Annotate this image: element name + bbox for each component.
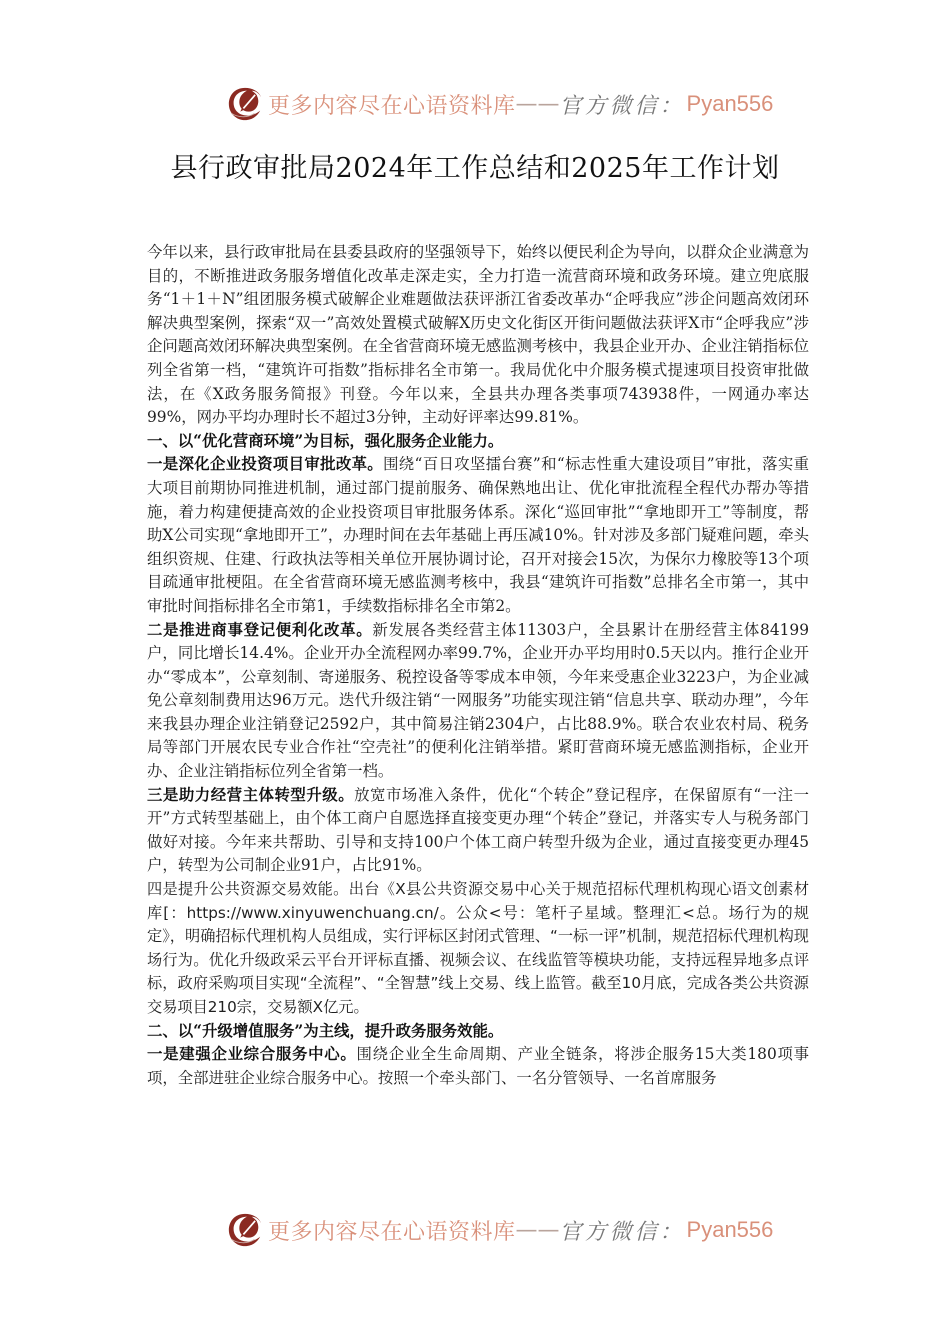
watermark-wechat-label: 官方微信： [560, 89, 685, 120]
paragraph-text: 新发展各类经营主体11303户，全县累计在册经营主体84199户，同比增长14.… [147, 621, 809, 781]
paragraph-text: 围绕“百日攻坚擂台赛”和“标志性重大建设项目”审批，落实重大项目前期协同推进机制… [147, 455, 809, 615]
watermark-main-text: 更多内容尽在心语资料库 [268, 1215, 516, 1246]
paragraph-lead: 三是助力经营主体转型升级。 [147, 786, 354, 804]
paragraph-public-resource-trading: 四是提升公共资源交易效能。出台《X县公共资源交易中心关于规范招标代理机构现心语文… [147, 878, 809, 1020]
document-body: 今年以来，县行政审批局在县委县政府的坚强领导下，始终以便民利企为导向，以群众企业… [147, 241, 809, 1090]
paragraph-investment-approval: 一是深化企业投资项目审批改革。围绕“百日攻坚擂台赛”和“标志性重大建设项目”审批… [147, 453, 809, 618]
section-heading-2: 二、以“升级增值服务”为主线，提升政务服务效能。 [147, 1020, 809, 1044]
paragraph-lead: 四是提升公共资源交易效能。 [147, 880, 349, 898]
watermark-wechat-id: Pyan556 [687, 1217, 774, 1243]
watermark-dash: —— [516, 1218, 560, 1243]
watermark-wechat-id: Pyan556 [687, 91, 774, 117]
paragraph-lead: 二是推进商事登记便利化改革。 [147, 621, 372, 639]
paragraph-lead: 一是深化企业投资项目审批改革。 [147, 455, 383, 473]
paragraph-entity-transformation: 三是助力经营主体转型升级。放宽市场准入条件，优化“个转企”登记程序，在保留原有“… [147, 784, 809, 878]
intro-paragraph: 今年以来，县行政审批局在县委县政府的坚强领导下，始终以便民利企为导向，以群众企业… [147, 241, 809, 430]
watermark-banner-bottom: 更多内容尽在心语资料库 —— 官方微信： Pyan556 [226, 1210, 773, 1250]
watermark-wechat-label: 官方微信： [560, 1215, 685, 1246]
paragraph-lead: 一是建强企业综合服务中心。 [147, 1045, 356, 1063]
paragraph-business-registration: 二是推进商事登记便利化改革。新发展各类经营主体11303户，全县累计在册经营主体… [147, 619, 809, 784]
paragraph-enterprise-service-center: 一是建强企业综合服务中心。围绕企业全生命周期、产业全链条，将涉企服务15大类18… [147, 1043, 809, 1090]
paragraph-text: 今年以来，县行政审批局在县委县政府的坚强领导下，始终以便民利企为导向，以群众企业… [147, 243, 809, 426]
section-heading-1: 一、以“优化营商环境”为目标，强化服务企业能力。 [147, 430, 809, 454]
watermark-main-text: 更多内容尽在心语资料库 [268, 89, 516, 120]
quill-pen-logo-icon [226, 85, 264, 123]
watermark-banner-top: 更多内容尽在心语资料库 —— 官方微信： Pyan556 [226, 84, 773, 124]
document-title: 县行政审批局2024年工作总结和2025年工作计划 [0, 146, 950, 185]
quill-pen-logo-icon [226, 1211, 264, 1249]
watermark-dash: —— [516, 92, 560, 117]
paragraph-text: 出台《X县公共资源交易中心关于规范招标代理机构现心语文创素材库[：https:/… [147, 880, 809, 1016]
